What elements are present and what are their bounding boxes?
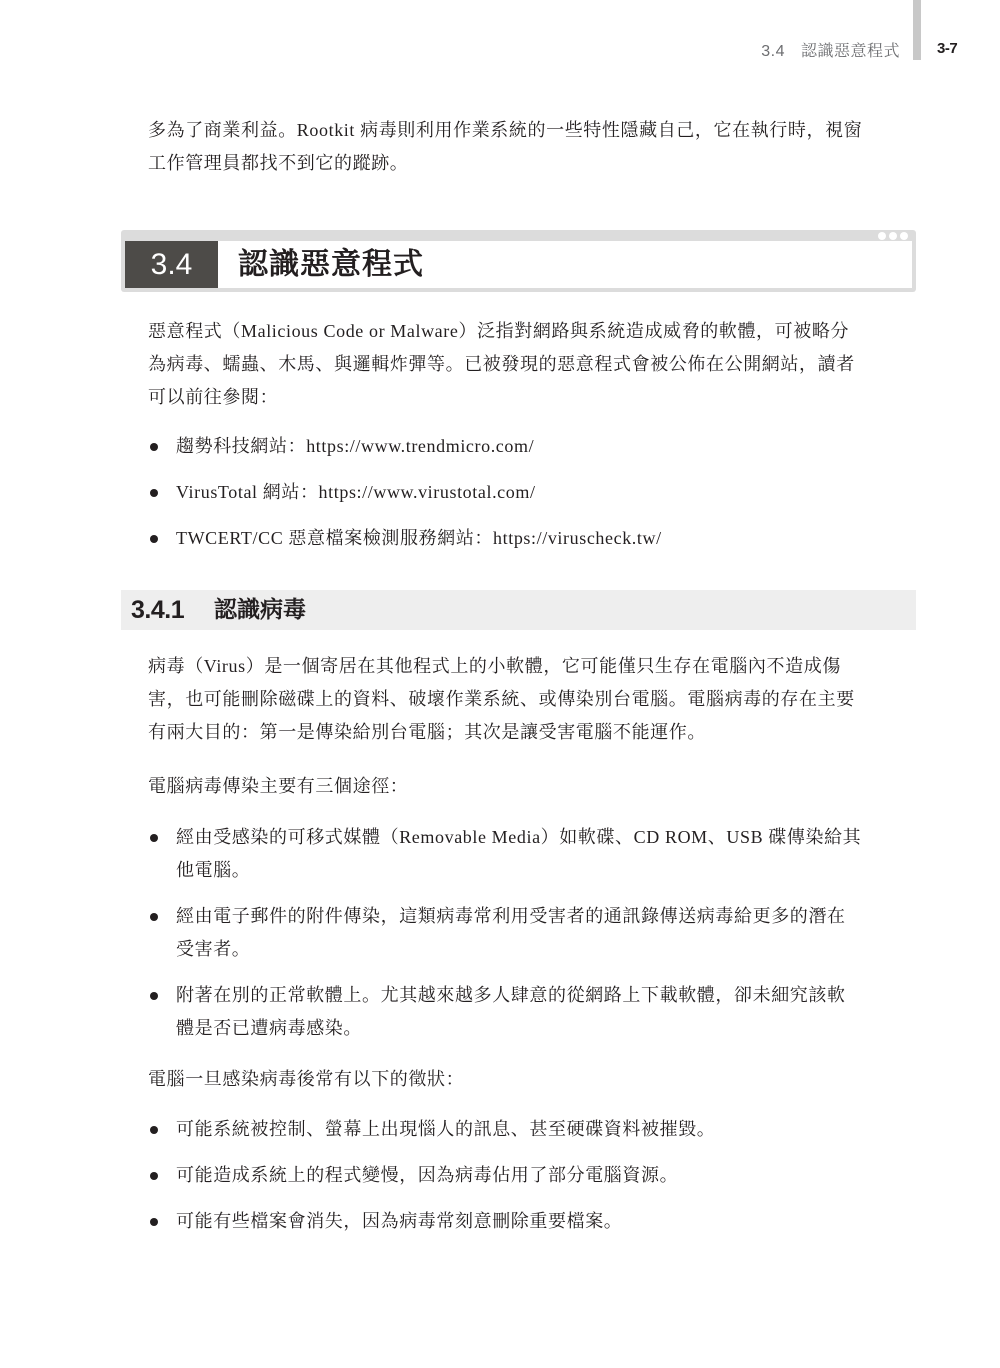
running-header-title: 3.4認識惡意程式 xyxy=(761,38,900,61)
running-header-section-title: 認識惡意程式 xyxy=(801,43,900,60)
header-divider-bar xyxy=(913,0,921,60)
text-line: 體是否已遭病毒感染。 xyxy=(176,1012,918,1045)
infection-routes-intro: 電腦病毒傳染主要有三個途徑： xyxy=(148,770,918,803)
section-title: 認識惡意程式 xyxy=(238,241,424,288)
section-heading-box: 3.4 認識惡意程式 xyxy=(121,230,916,292)
text-line: 經由受感染的可移式媒體（Removable Media）如軟碟、CD ROM、U… xyxy=(176,821,918,854)
list-item: 可能造成系統上的程式變慢，因為病毒佔用了部分電腦資源。 xyxy=(148,1159,918,1192)
bullet-icon xyxy=(150,443,158,451)
section-paragraph: 惡意程式（Malicious Code or Malware）泛指對網路與系統造… xyxy=(148,315,918,414)
text-line: 多為了商業利益。Rootkit 病毒則利用作業系統的一些特性隱藏自己，它在執行時… xyxy=(148,114,918,147)
text-line: 病毒（Virus）是一個寄居在其他程式上的小軟體，它可能僅只生存在電腦內不造成傷 xyxy=(148,650,918,683)
reference-link-trendmicro[interactable]: 趨勢科技網站：https://www.trendmicro.com/ xyxy=(176,430,918,463)
bullet-icon xyxy=(150,834,158,842)
symptoms-list: 可能系統被控制、螢幕上出現惱人的訊息、甚至硬碟資料被摧毀。 可能造成系統上的程式… xyxy=(148,1113,918,1238)
list-item: TWCERT/CC 惡意檔案檢測服務網站：https://viruscheck.… xyxy=(148,522,918,555)
text-line: 受害者。 xyxy=(176,933,918,966)
text-line: 有兩大目的：第一是傳染給別台電腦；其次是讓受害電腦不能運作。 xyxy=(148,716,918,749)
reference-link-viruscheck[interactable]: TWCERT/CC 惡意檔案檢測服務網站：https://viruscheck.… xyxy=(176,522,918,555)
bullet-icon xyxy=(150,913,158,921)
virus-definition-paragraph: 病毒（Virus）是一個寄居在其他程式上的小軟體，它可能僅只生存在電腦內不造成傷… xyxy=(148,650,918,749)
running-header: 3.4認識惡意程式 3-7 xyxy=(0,0,1000,70)
text-line: 可以前往參閱： xyxy=(148,381,918,414)
bullet-icon xyxy=(150,1218,158,1226)
list-item: 經由受感染的可移式媒體（Removable Media）如軟碟、CD ROM、U… xyxy=(148,821,918,887)
page-number: 3-7 xyxy=(937,40,957,57)
list-item: VirusTotal 網站：https://www.virustotal.com… xyxy=(148,476,918,509)
bullet-icon xyxy=(150,1126,158,1134)
text-line: 可能有些檔案會消失，因為病毒常刻意刪除重要檔案。 xyxy=(176,1205,918,1238)
text-line: 可能系統被控制、螢幕上出現惱人的訊息、甚至硬碟資料被摧毀。 xyxy=(176,1113,918,1146)
subsection-heading: 3.4.1 認識病毒 xyxy=(121,590,916,630)
bullet-icon xyxy=(150,489,158,497)
list-item: 可能系統被控制、螢幕上出現惱人的訊息、甚至硬碟資料被摧毀。 xyxy=(148,1113,918,1146)
reference-link-virustotal[interactable]: VirusTotal 網站：https://www.virustotal.com… xyxy=(176,476,918,509)
list-item: 附著在別的正常軟體上。尤其越來越多人肆意的從網路上下載軟體，卻未細究該軟 體是否… xyxy=(148,979,918,1045)
list-item: 經由電子郵件的附件傳染，這類病毒常利用受害者的通訊錄傳送病毒給更多的潛在 受害者… xyxy=(148,900,918,966)
infection-routes-list: 經由受感染的可移式媒體（Removable Media）如軟碟、CD ROM、U… xyxy=(148,821,918,1045)
running-header-section-number: 3.4 xyxy=(761,43,785,60)
list-item: 趨勢科技網站：https://www.trendmicro.com/ xyxy=(148,430,918,463)
intro-paragraph: 多為了商業利益。Rootkit 病毒則利用作業系統的一些特性隱藏自己，它在執行時… xyxy=(148,114,918,180)
text-line: 工作管理員都找不到它的蹤跡。 xyxy=(148,147,918,180)
bullet-icon xyxy=(150,535,158,543)
subsection-number: 3.4.1 xyxy=(131,590,184,630)
bullet-icon xyxy=(150,992,158,1000)
text-line: 為病毒、蠕蟲、木馬、與邏輯炸彈等。已被發現的惡意程式會被公佈在公開網站，讀者 xyxy=(148,348,918,381)
text-line: 他電腦。 xyxy=(176,854,918,887)
text-line: 電腦一旦感染病毒後常有以下的徵狀： xyxy=(148,1063,918,1096)
text-line: 附著在別的正常軟體上。尤其越來越多人肆意的從網路上下載軟體，卻未細究該軟 xyxy=(176,979,918,1012)
text-line: 經由電子郵件的附件傳染，這類病毒常利用受害者的通訊錄傳送病毒給更多的潛在 xyxy=(176,900,918,933)
window-dots-icon xyxy=(878,232,908,240)
text-line: 電腦病毒傳染主要有三個途徑： xyxy=(148,770,918,803)
section-number-badge: 3.4 xyxy=(125,241,218,288)
reference-sites-list: 趨勢科技網站：https://www.trendmicro.com/ Virus… xyxy=(148,430,918,555)
text-line: 惡意程式（Malicious Code or Malware）泛指對網路與系統造… xyxy=(148,315,918,348)
text-line: 可能造成系統上的程式變慢，因為病毒佔用了部分電腦資源。 xyxy=(176,1159,918,1192)
text-line: 害，也可能刪除磁碟上的資料、破壞作業系統、或傳染別台電腦。電腦病毒的存在主要 xyxy=(148,683,918,716)
symptoms-intro: 電腦一旦感染病毒後常有以下的徵狀： xyxy=(148,1063,918,1096)
subsection-title: 認識病毒 xyxy=(214,590,306,630)
bullet-icon xyxy=(150,1172,158,1180)
list-item: 可能有些檔案會消失，因為病毒常刻意刪除重要檔案。 xyxy=(148,1205,918,1238)
